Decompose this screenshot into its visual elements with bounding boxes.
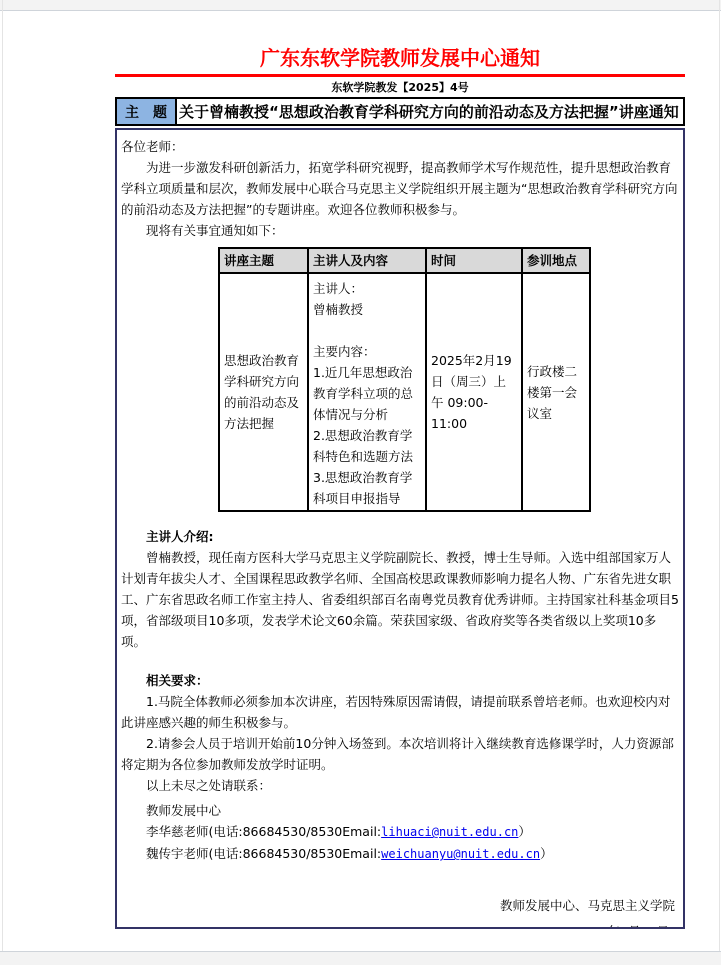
col-header-time: 时间 — [426, 248, 522, 273]
notice-title: 广东东软学院教师发展中心通知 — [115, 46, 685, 70]
window-top-edge — [0, 0, 721, 11]
window-right-edge — [719, 0, 720, 965]
subject-row: 主 题 关于曾楠教授“思想政治教育学科研究方向的前沿动态及方法把握”讲座通知 — [115, 97, 685, 126]
subject-text: 关于曾楠教授“思想政治教育学科研究方向的前沿动态及方法把握”讲座通知 — [177, 99, 683, 124]
contact-department: 教师发展中心 — [121, 800, 679, 821]
window-left-edge — [2, 0, 3, 965]
footer-date: 2025年2月17日 — [121, 921, 679, 929]
content-label: 主要内容： — [313, 341, 421, 362]
contact-2-text: 魏传宇老师(电话:86684530/8530Email: — [146, 846, 381, 861]
contact-1-suffix: ） — [518, 824, 531, 839]
requirement-2: 2.请参会人员于培训开始前10分钟入场签到。本次培训将计入继续教育选修课学时，人… — [121, 733, 679, 775]
col-header-topic: 讲座主题 — [219, 248, 308, 273]
col-header-speaker: 主讲人及内容 — [308, 248, 426, 273]
schedule-table: 讲座主题 主讲人及内容 时间 参训地点 思想政治教育学科研究方向的前沿动态及方法… — [218, 247, 591, 512]
speaker-intro-paragraph: 曾楠教授，现任南方医科大学马克思主义学院副院长、教授，博士生导师。入选中组部国家… — [121, 547, 679, 652]
window-bottom-edge — [0, 951, 721, 965]
spacer — [313, 320, 421, 341]
contact-2-suffix: ） — [540, 846, 553, 861]
notice-body-box: 各位老师： 为进一步激发科研创新活力，拓宽学科研究视野，提高教师学术写作规范性，… — [115, 128, 685, 929]
col-header-location: 参训地点 — [522, 248, 590, 273]
intro-paragraph: 为进一步激发科研创新活力，拓宽学科研究视野，提高教师学术写作规范性，提升思想政治… — [121, 157, 679, 220]
speaker-intro-title: 主讲人介绍: — [121, 526, 679, 547]
red-divider — [115, 74, 685, 77]
content-item-1: 1.近几年思想政治教育学科立项的总体情况与分析 — [313, 362, 421, 425]
contact-1-text: 李华慈老师(电话:86684530/8530Email: — [146, 824, 381, 839]
notice-document: 广东东软学院教师发展中心通知 东软学院教发【2025】4号 主 题 关于曾楠教授… — [115, 12, 685, 929]
speaker-label: 主讲人： — [313, 278, 421, 299]
email-link-lihuaci[interactable]: lihuaci@nuit.edu.cn — [381, 825, 518, 839]
contact-line-1: 李华慈老师(电话:86684530/8530Email:lihuaci@nuit… — [121, 821, 679, 843]
salutation: 各位老师： — [121, 136, 679, 157]
speaker-name: 曾楠教授 — [313, 299, 421, 320]
contact-intro-line: 以上未尽之处请联系： — [121, 775, 679, 796]
schedule-data-row: 思想政治教育学科研究方向的前沿动态及方法把握 主讲人： 曾楠教授 主要内容： 1… — [219, 273, 590, 511]
cell-location: 行政楼二楼第一会议室 — [522, 273, 590, 511]
cell-time: 2025年2月19日（周三）上午 09:00-11:00 — [426, 273, 522, 511]
schedule-header-row: 讲座主题 主讲人及内容 时间 参训地点 — [219, 248, 590, 273]
requirement-1: 1.马院全体教师必须参加本次讲座，若因特殊原因需请假，请提前联系曾培老师。也欢迎… — [121, 691, 679, 733]
email-link-weichuanyu[interactable]: weichuanyu@nuit.edu.cn — [381, 847, 540, 861]
content-item-3: 3.思想政治教育学科项目申报指导 — [313, 467, 421, 509]
subject-label-cell: 主 题 — [117, 99, 177, 124]
doc-number: 东软学院教发【2025】4号 — [115, 81, 685, 94]
cell-speaker-content: 主讲人： 曾楠教授 主要内容： 1.近几年思想政治教育学科立项的总体情况与分析 … — [308, 273, 426, 511]
footer-signature: 教师发展中心、马克思主义学院 — [121, 895, 679, 916]
content-item-2: 2.思想政治教育学科特色和选题方法 — [313, 425, 421, 467]
cell-topic: 思想政治教育学科研究方向的前沿动态及方法把握 — [219, 273, 308, 511]
requirements-title: 相关要求： — [121, 670, 679, 691]
contact-line-2: 魏传宇老师(电话:86684530/8530Email:weichuanyu@n… — [121, 843, 679, 865]
notice-intro-line: 现将有关事宜通知如下： — [121, 220, 679, 241]
